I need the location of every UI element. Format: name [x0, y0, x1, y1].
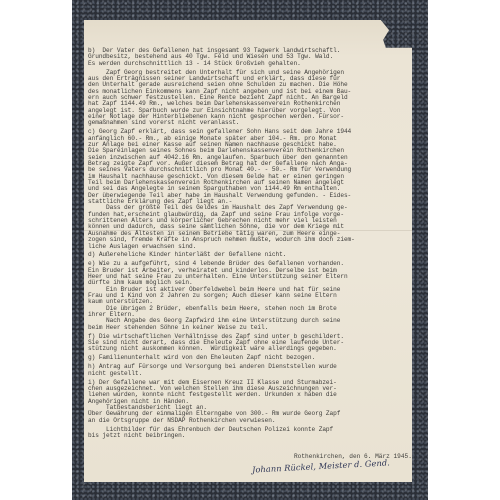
text-line: gemaßnahmen sind vorerst nicht veranlass… [88, 120, 404, 126]
text-line: nicht gestellt. [88, 371, 404, 377]
text-line: bis jetzt nicht beibringen. [88, 433, 404, 439]
text-line: liche Auslagen erwachsen sind. [88, 244, 404, 250]
text-line: an die Ortsgruppe der NSDAP Rothenkirche… [88, 418, 404, 424]
paragraph-e: e) Wie zu a aufgeführt, sind 4 lebende B… [88, 261, 404, 331]
text-line: g) Familienunterhalt wird von den Eheleu… [88, 355, 404, 361]
typewritten-document: b) Der Vater des Gefallenen hat insgesam… [84, 20, 412, 482]
paragraph-f: f) Die wirtschaftlichen Verhältnisse des… [88, 334, 404, 353]
text-line: d) Außereheliche Kinder hinterläßt der G… [88, 252, 404, 258]
paragraph-g: g) Familienunterhalt wird von den Eheleu… [88, 355, 404, 361]
handwritten-signature: Johann Rückel, Meister d. Gend. [252, 457, 390, 474]
text-line: Es werden durchschnittlich 13 - 14 Stück… [88, 61, 404, 67]
text-line: stützung nicht auskommen können. Würdigk… [88, 346, 404, 352]
paragraph-b: b) Der Vater des Gefallenen hat insgesam… [88, 48, 404, 67]
paragraph-b-cont: Zapf Georg bestreitet den Unterhalt für … [88, 70, 404, 127]
paragraph-d: d) Außereheliche Kinder hinterläßt der G… [88, 252, 404, 258]
paragraph-c: c) Georg Zapf erklärt, dass sein gefalle… [88, 129, 404, 250]
document-body: b) Der Vater des Gefallenen hat insgesam… [88, 48, 404, 442]
paragraph-closing: Lichtbilder für das Ehrenbuch der Deutsc… [88, 427, 404, 440]
paragraph-h: h) Antrag auf Fürsorge und Versorgung be… [88, 364, 404, 377]
text-line: beim Heer stehenden Söhne in keiner Weis… [88, 325, 404, 331]
paragraph-i: i) Der Gefallene war mit dem Eisernen Kr… [88, 380, 404, 424]
